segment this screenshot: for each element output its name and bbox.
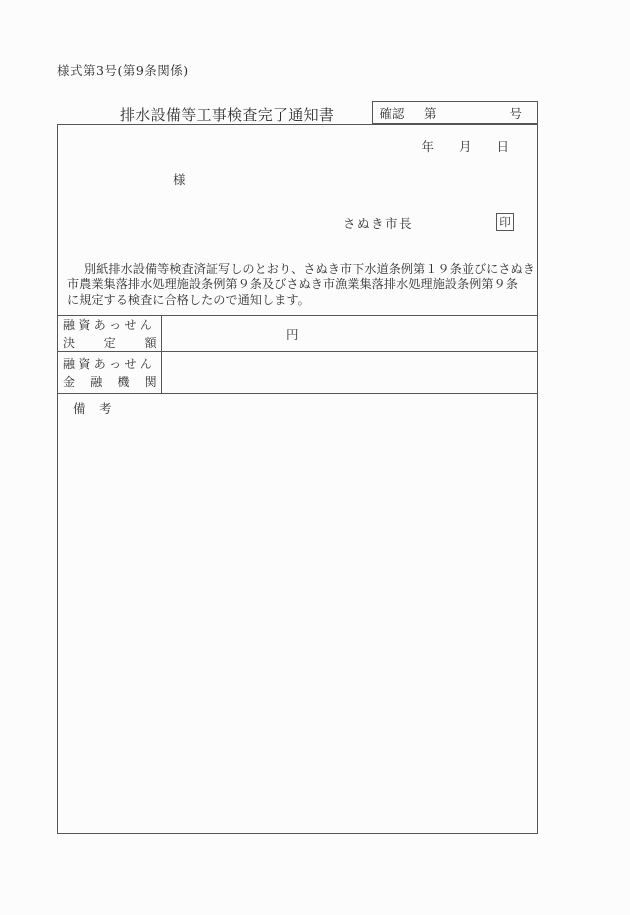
sender-name: さぬき市長 <box>343 214 413 232</box>
remarks-label: 備 考 <box>73 399 112 417</box>
notice-paragraph: 別紙排水設備等検査済証写しのとおり、さぬき市下水道条例第１９条並びにさぬき 市農… <box>67 262 535 308</box>
label-line: 融資あっせん <box>63 355 156 372</box>
seal-label: 印 <box>499 214 511 230</box>
number-prefix: 第 <box>424 104 437 122</box>
notice-line: に規定する検査に合格したので通知します。 <box>67 293 535 308</box>
confirm-label: 確認 <box>379 104 404 122</box>
label-line: 金 融 機 関 <box>63 373 156 390</box>
label-line: 融資あっせん <box>63 316 156 333</box>
financing-amount-value: 円 <box>162 316 537 351</box>
form-document-page: 様式第3号(第9条関係) 排水設備等工事検査完了通知書 確認 第 号 年 月 日… <box>0 0 630 915</box>
currency-unit: 円 <box>286 325 299 343</box>
confirm-stamp-cell: 確認 <box>372 101 412 124</box>
form-code-label: 様式第3号(第9条関係) <box>57 61 189 79</box>
seal-placeholder-box: 印 <box>496 213 514 231</box>
financing-table: 融資あっせん 決 定 額 円 融資あっせん 金 融 機 関 <box>58 315 537 394</box>
date-line: 年 月 日 <box>421 137 509 155</box>
table-row-financing-amount: 融資あっせん 決 定 額 円 <box>58 315 537 351</box>
notice-body-box: 年 月 日 様 さぬき市長 印 別紙排水設備等検査済証写しのとおり、さぬき市下水… <box>57 124 538 834</box>
number-suffix: 号 <box>509 104 522 122</box>
table-row-financing-institution: 融資あっせん 金 融 機 関 <box>58 351 537 394</box>
document-title: 排水設備等工事検査完了通知書 <box>120 104 334 125</box>
notice-line: 別紙排水設備等検査済証写しのとおり、さぬき市下水道条例第１９条並びにさぬき <box>67 262 535 277</box>
financing-institution-label: 融資あっせん 金 融 機 関 <box>58 352 162 393</box>
financing-institution-value <box>162 352 537 393</box>
addressee-honorific: 様 <box>173 170 186 188</box>
document-number-cell: 第 号 <box>411 101 538 124</box>
financing-amount-label: 融資あっせん 決 定 額 <box>58 316 162 351</box>
label-line: 決 定 額 <box>63 334 156 351</box>
notice-line: 市農業集落排水処理施設条例第９条及びさぬき市漁業集落排水処理施設条例第９条 <box>67 277 535 292</box>
